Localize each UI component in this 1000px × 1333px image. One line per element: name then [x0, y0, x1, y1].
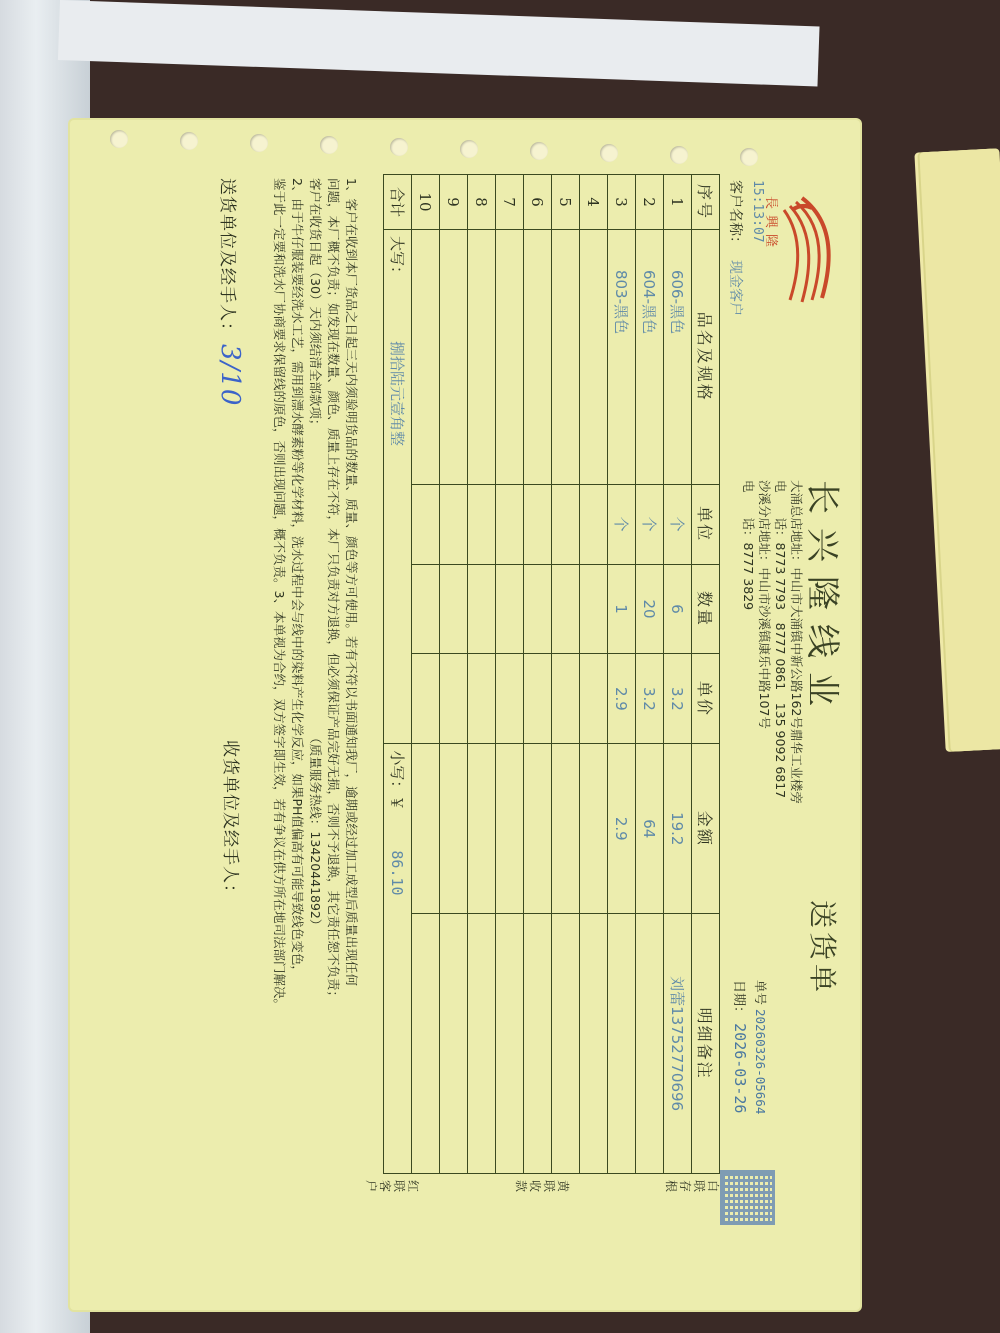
delivery-note-content: 長興隆 长兴隆线业 送货单 大涌总店地址：中山市大涌镇中新公路162号鼎华工业楼…	[180, 160, 860, 1260]
perforation-hole-icon	[110, 130, 128, 148]
document-title: 送货单	[804, 900, 844, 996]
perforation-hole-icon	[320, 136, 338, 154]
item-unit: 个	[664, 484, 692, 564]
item-quantity: 6	[664, 564, 692, 654]
customer-value: 现金客户	[726, 260, 746, 316]
column-header: 品名及规格	[692, 229, 720, 484]
row-number: 1	[664, 175, 692, 230]
delivery-note-sheet: 長興隆 长兴隆线业 送货单 大涌总店地址：中山市大涌镇中新公路162号鼎华工业楼…	[70, 120, 860, 1310]
row-number: 10	[412, 175, 440, 230]
table-row: 9	[440, 175, 468, 1174]
item-quantity: 20	[636, 564, 664, 654]
item-unit-price: 3.2	[664, 654, 692, 744]
perforation-hole-icon	[250, 134, 268, 152]
item-unit-price: 3.2	[636, 654, 664, 744]
perforation-hole-icon	[460, 140, 478, 158]
company-name: 长兴隆线业	[801, 480, 850, 720]
branch-address: 沙溪分店地址：中山市沙溪镇康乐中路107号	[756, 480, 774, 729]
terms-line: 问题，本厂概不负责；如发现在数量、颜色、质量上存在不符，本厂只负责对方退换，但必…	[324, 178, 342, 1178]
total-lowercase: 小写：￥86.10	[384, 744, 412, 1174]
handwritten-signature: 3/10	[215, 344, 245, 406]
receiver-signature-field: 收货单位及经手人：	[220, 740, 245, 902]
row-number: 8	[468, 175, 496, 230]
row-number: 4	[580, 175, 608, 230]
table-row: 7	[496, 175, 524, 1174]
perforation-strip	[70, 120, 860, 160]
item-amount: 19.2	[664, 744, 692, 914]
column-header: 明细备注	[692, 914, 720, 1174]
order-date: 日期： 2026-03-26	[731, 980, 750, 1113]
row-number: 2	[636, 175, 664, 230]
item-note	[608, 914, 636, 1174]
perforation-hole-icon	[530, 142, 548, 160]
item-note: 刘蕾13752770696	[664, 914, 692, 1174]
sender-signature-field: 送货单位及经手人：3/10	[215, 178, 245, 406]
logo-text: 長興隆	[763, 196, 782, 253]
total-label: 合计	[384, 175, 412, 230]
total-uppercase-value: 捌拾陆元壹角整	[388, 341, 406, 446]
paper-stack-top	[58, 0, 820, 86]
branch-phone: 电 话：8777 3829	[740, 480, 758, 610]
head-office-address: 大涌总店地址：中山市大涌镇中新公路162号鼎华工业楼旁	[788, 480, 806, 804]
customer-label: 客户名称：	[726, 180, 746, 250]
perforation-hole-icon	[740, 148, 758, 166]
terms-line: 1、客户在收到本厂货品之日起三天内须验明货品的数量、质量、颜色等方可使用。若有不…	[342, 178, 360, 1178]
row-number: 9	[440, 175, 468, 230]
total-row: 合计 大写：捌拾陆元壹角整 小写：￥86.10	[384, 175, 412, 1174]
other-paper-stack	[919, 148, 1000, 751]
column-header: 单价	[692, 654, 720, 744]
order-number: 单号 20260326-05664	[752, 980, 770, 1114]
terms-line: 2、由于牛仔服装要经洗水工艺，需用到漂水酵素粉等化学材料，洗水过程中会与线中的染…	[288, 178, 306, 1178]
print-time: 15:13:07	[750, 180, 765, 243]
row-number: 5	[552, 175, 580, 230]
row-number: 7	[496, 175, 524, 230]
column-header: 单位	[692, 484, 720, 564]
qr-code-icon	[720, 1170, 775, 1225]
perforation-hole-icon	[600, 144, 618, 162]
column-header: 数量	[692, 564, 720, 654]
copy-label-yellow: 黄联收款	[514, 1180, 570, 1194]
row-number: 6	[524, 175, 552, 230]
items-table: 序号 品名及规格 单位 数量 单价 金额 明细备注 1 606-黑色 个 6 3…	[383, 174, 720, 1174]
terms-line: 鉴于此一定要和洗水厂协商要求保留线的原色，否则出现问题，概不负责。3、本单视为合…	[270, 178, 288, 1178]
row-number: 3	[608, 175, 636, 230]
table-row: 2 604-黑色 个 20 3.2 64	[636, 175, 664, 1174]
table-row: 3 803-黑色 个 1 2.9 2.9	[608, 175, 636, 1174]
item-quantity: 1	[608, 564, 636, 654]
table-row: 1 606-黑色 个 6 3.2 19.2 刘蕾13752770696	[664, 175, 692, 1174]
perforation-hole-icon	[180, 132, 198, 150]
total-uppercase: 大写：捌拾陆元壹角整	[384, 229, 412, 743]
perforation-hole-icon	[390, 138, 408, 156]
table-row: 10	[412, 175, 440, 1174]
head-office-phone: 电 话：8773 7793 8777 0861 135 9092 6817	[772, 480, 790, 798]
perforation-hole-icon	[670, 146, 688, 164]
table-row: 5	[552, 175, 580, 1174]
table-header-row: 序号 品名及规格 单位 数量 单价 金额 明细备注	[692, 175, 720, 1174]
item-name: 604-黑色	[636, 229, 664, 484]
column-header: 序号	[692, 175, 720, 230]
table-row: 4	[580, 175, 608, 1174]
terms-line: 客户在收货日起（30）天内须结清全部款项； （质量服务热线：1342044189…	[306, 178, 324, 1178]
item-name: 803-黑色	[608, 229, 636, 484]
item-note	[636, 914, 664, 1174]
table-row: 8	[468, 175, 496, 1174]
total-lowercase-value: 86.10	[388, 850, 406, 895]
item-unit: 个	[608, 484, 636, 564]
terms-and-conditions: 1、客户在收到本厂货品之日起三天内须验明货品的数量、质量、颜色等方可使用。若有不…	[270, 178, 360, 1178]
item-amount: 64	[636, 744, 664, 914]
copy-label-white: 白联存根	[664, 1180, 720, 1194]
item-name: 606-黑色	[664, 229, 692, 484]
column-header: 金额	[692, 744, 720, 914]
copy-label-red: 红联客户	[364, 1180, 420, 1194]
item-amount: 2.9	[608, 744, 636, 914]
table-row: 6	[524, 175, 552, 1174]
company-logo-icon	[772, 188, 842, 308]
item-unit-price: 2.9	[608, 654, 636, 744]
item-unit: 个	[636, 484, 664, 564]
